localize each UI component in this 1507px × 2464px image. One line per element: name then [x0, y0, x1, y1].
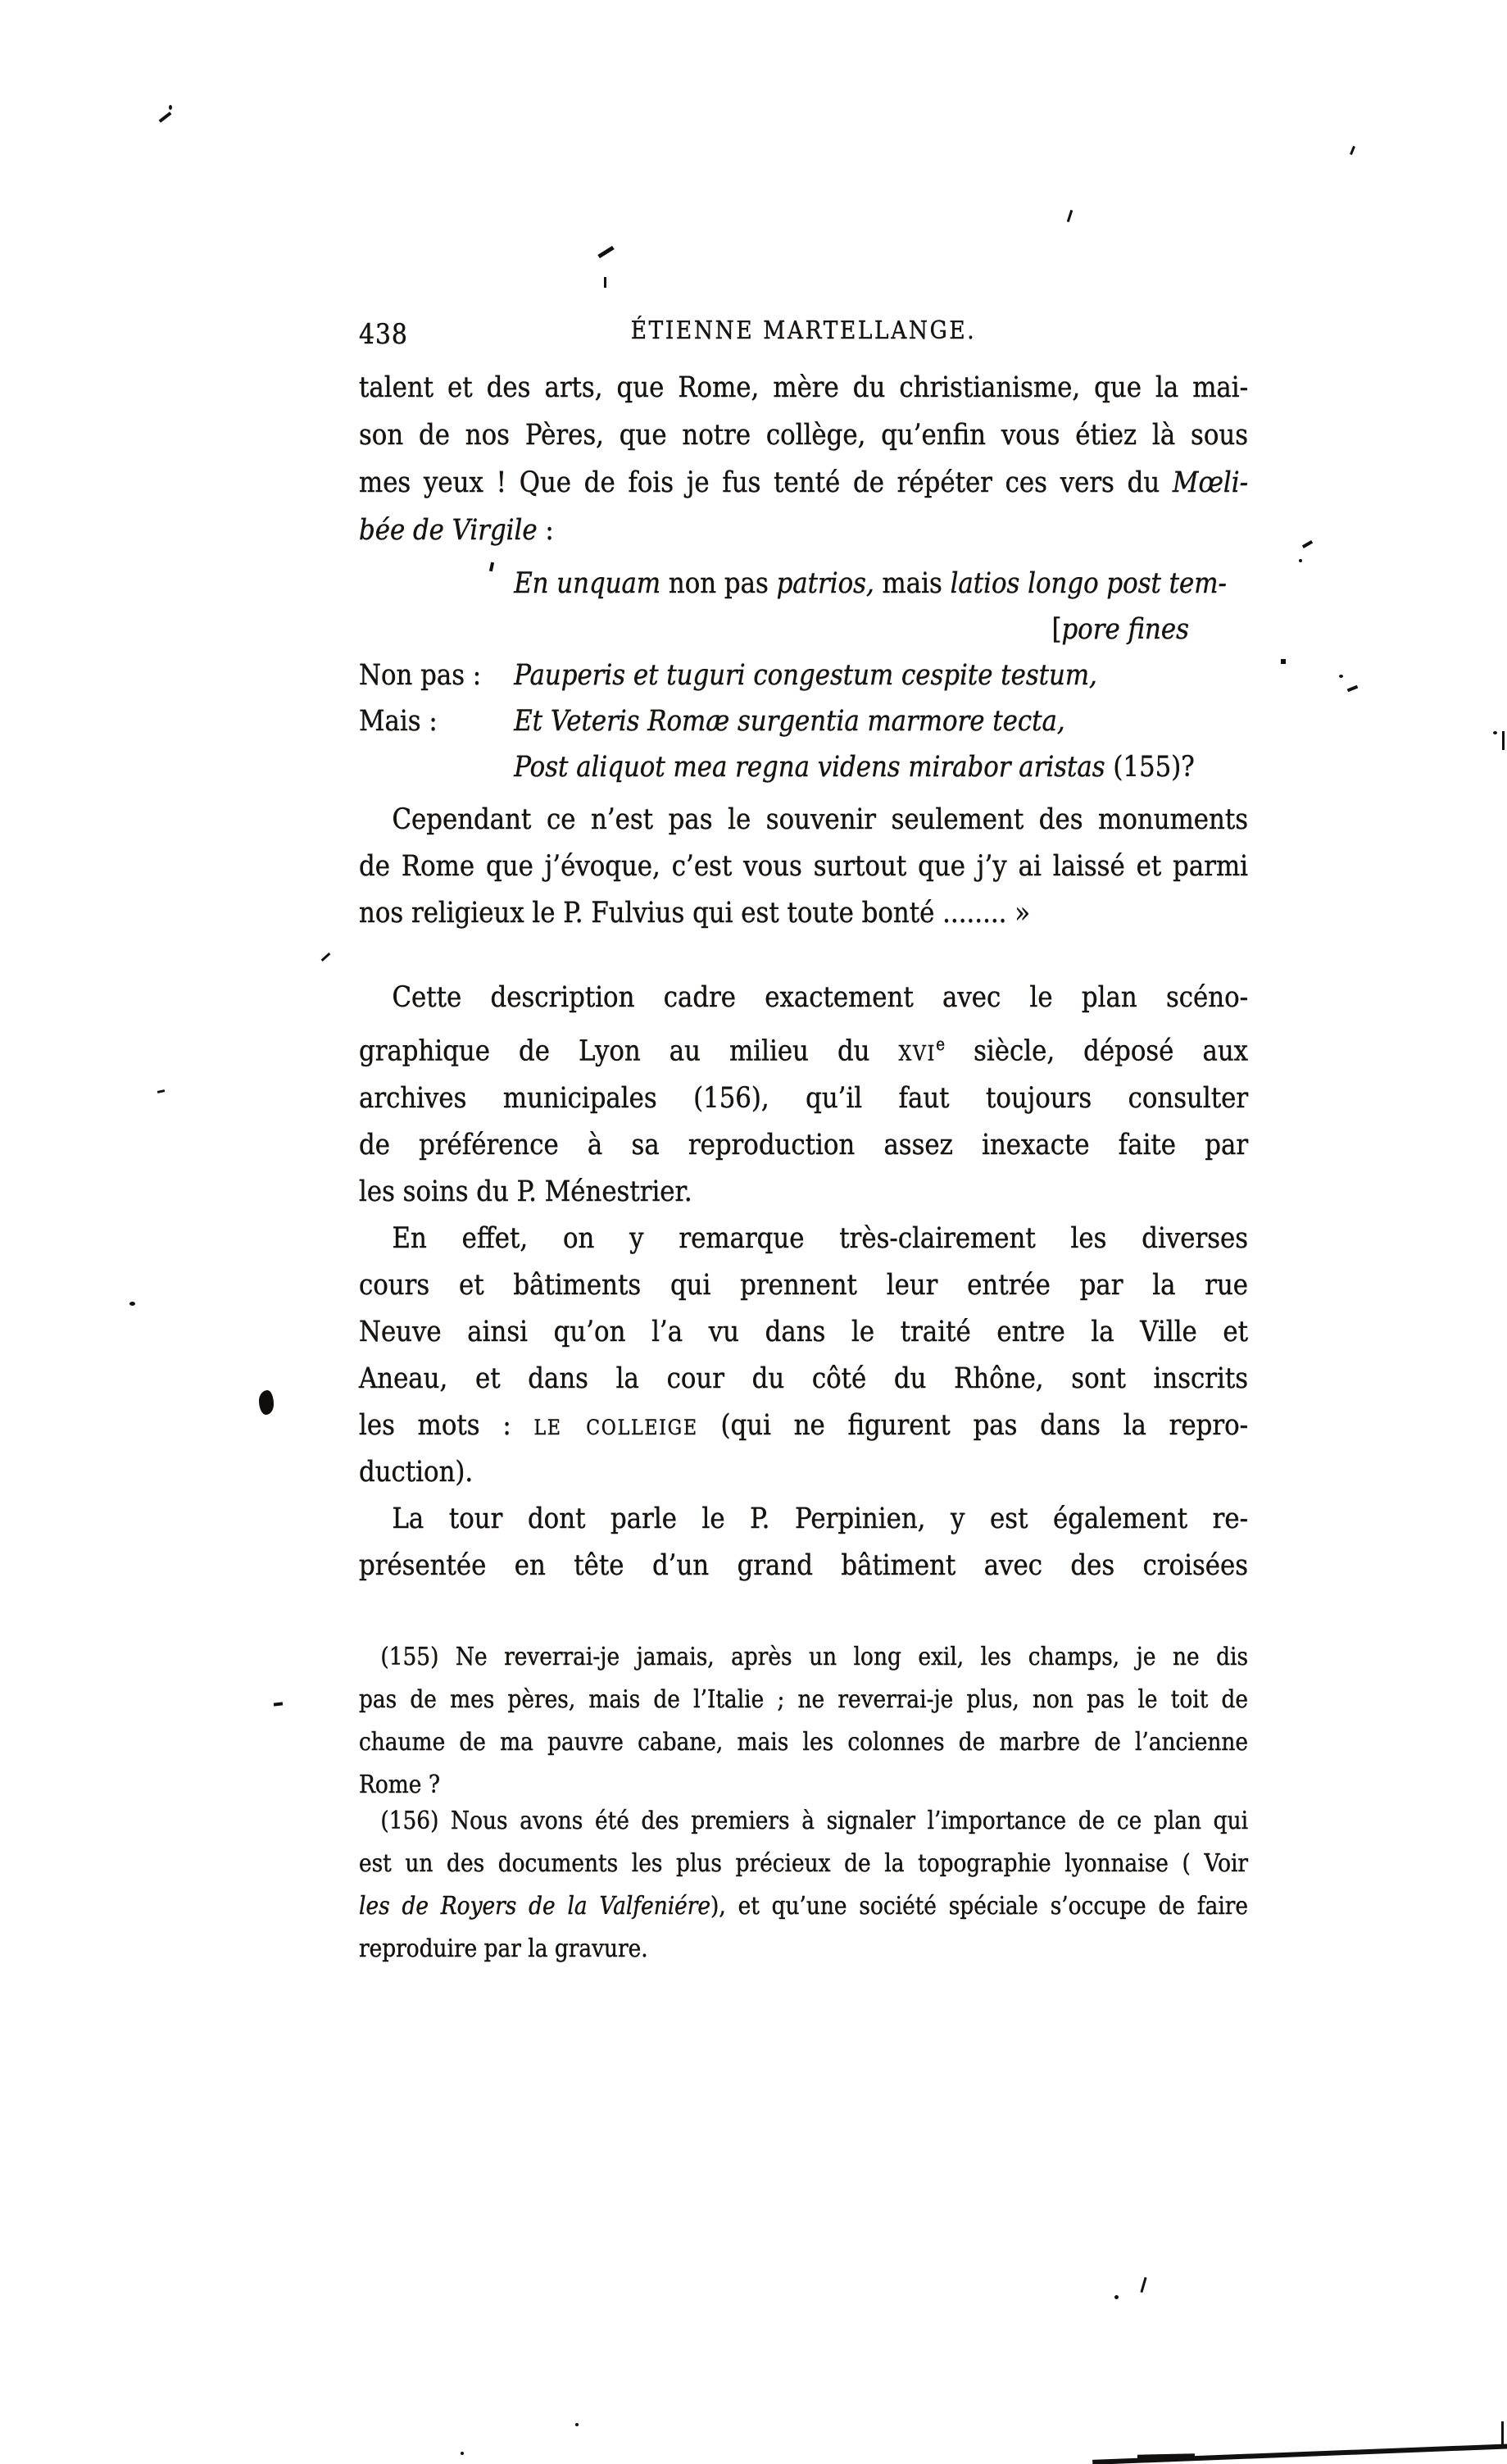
text-line: (156) Nous avons été des premiers à sign… [359, 1800, 1248, 1843]
text-segment: pore fines [1061, 613, 1188, 646]
text-segment: nos religieux le P. Fulvius qui est tout… [359, 897, 1030, 930]
ink-speck [1281, 659, 1286, 664]
ink-speck [157, 1089, 165, 1093]
text-line: son de nos Pères, que notre collège, qu’… [359, 411, 1248, 459]
text-line: Neuve ainsi qu’on l’a vu dans le traité … [359, 1309, 1248, 1356]
text-segment: Cette description cadre exactement avec … [392, 981, 1248, 1014]
text-segment: (qui ne figurent pas dans la repro- [698, 1409, 1248, 1442]
text-line: Aneau, et dans la cour du côté du Rhône,… [359, 1356, 1248, 1402]
text-line: Cependant ce n’est pas le souvenir seule… [359, 797, 1248, 843]
paragraph-en-effet: En effet, on y remarque très-clairement … [359, 1216, 1248, 1496]
text-line: talent et des arts, que Rome, mère du ch… [359, 364, 1248, 411]
text-segment: cours et bâtiments qui prennent leur ent… [359, 1269, 1248, 1302]
text-segment: Aneau, et dans la cour du côté du Rhône,… [359, 1362, 1248, 1395]
ink-speck [1302, 540, 1313, 548]
text-line: graphique de Lyon au milieu du xvie sièc… [359, 1021, 1248, 1075]
text-line: (155) Ne reverrai-je jamais, après un lo… [359, 1636, 1248, 1679]
scan-edge-line [1501, 2421, 1504, 2444]
text-line: archives municipales (156), qu’il faut t… [359, 1075, 1248, 1122]
verse-line: Mais :Et Veteris Romæ surgentia marmore … [359, 698, 1248, 744]
text-segment: (156) Nous avons été des premiers à sign… [380, 1807, 1248, 1835]
text-segment: mes yeux ! Que de fois je fus tenté de r… [359, 466, 1173, 499]
text-segment: (155)? [1105, 751, 1195, 784]
text-segment: e [936, 1034, 945, 1054]
text-segment: mais [874, 567, 951, 600]
ink-speck [1114, 2295, 1119, 2299]
verse-label: Mais : [359, 698, 514, 744]
page-number: 438 [359, 318, 408, 351]
text-line: pas de mes pères, mais de l’Italie ; ne … [359, 1679, 1248, 1721]
text-segment: patrios, [777, 567, 874, 600]
text-line: mes yeux ! Que de fois je fus tenté de r… [359, 459, 1248, 507]
ink-speck [159, 111, 172, 123]
ink-speck [461, 2452, 464, 2455]
text-segment: les de Royers de la Valfeniére [359, 1892, 710, 1921]
text-line: présentée en tête d’un grand bâtiment av… [359, 1543, 1248, 1589]
text-line: est un des documents les plus précieux d… [359, 1843, 1248, 1885]
text-segment: archives municipales (156), qu’il faut t… [359, 1082, 1248, 1115]
text-segment: En unquam [514, 567, 660, 600]
running-title: ÉTIENNE MARTELLANGE. [359, 316, 1248, 345]
ink-speck [321, 952, 331, 962]
text-segment: non pas [660, 567, 776, 600]
paragraph-opening: talent et des arts, que Rome, mère du ch… [359, 364, 1248, 554]
footnote-156: (156) Nous avons été des premiers à sign… [359, 1800, 1248, 1971]
text-segment: talent et des arts, que Rome, mère du ch… [359, 371, 1248, 404]
text-segment: siècle, déposé aux [945, 1035, 1248, 1068]
text-segment: : [538, 514, 554, 547]
text-segment: pas de mes pères, mais de l’Italie ; ne … [359, 1685, 1248, 1714]
text-segment: présentée en tête d’un grand bâtiment av… [359, 1549, 1248, 1582]
verse-line: Post aliquot mea regna videns mirabor ar… [359, 744, 1248, 790]
text-segment: [ [1051, 613, 1061, 646]
text-line: En effet, on y remarque très-clairement … [359, 1216, 1248, 1262]
text-segment: de Rome que j’évoque, c’est vous surtout… [359, 850, 1248, 883]
ink-speck [1502, 731, 1505, 750]
text-segment: chaume de ma pauvre cabane, mais les col… [359, 1728, 1248, 1757]
scanned-book-page: 438 ÉTIENNE MARTELLANGE. talent et des a… [0, 0, 1507, 2464]
text-segment: xvi [899, 1035, 937, 1068]
text-segment: Et Veteris Romæ surgentia marmore tecta, [514, 705, 1064, 738]
verse-continuation-line: [pore fines [359, 607, 1248, 652]
text-segment: Rome ? [359, 1771, 440, 1799]
text-segment: ), et qu’une société spéciale s’occupe d… [710, 1892, 1248, 1921]
verse-label: Non pas : [359, 652, 514, 698]
text-line: les soins du P. Ménestrier. [359, 1169, 1248, 1216]
paragraph-la-tour: La tour dont parle le P. Perpinien, y es… [359, 1496, 1248, 1589]
ink-speck [1347, 685, 1359, 693]
paragraphs-main: Cette description cadre exactement avec … [359, 975, 1248, 1589]
ink-speck [1493, 731, 1497, 734]
text-line: Cette description cadre exactement avec … [359, 975, 1248, 1021]
text-segment: bée de Virgile [359, 514, 538, 547]
text-line: de Rome que j’évoque, c’est vous surtout… [359, 843, 1248, 890]
text-segment: graphique de Lyon au milieu du [359, 1035, 899, 1068]
text-line: de préférence à sa reproduction assez in… [359, 1122, 1248, 1169]
text-segment: (155) Ne reverrai-je jamais, après un lo… [380, 1643, 1248, 1671]
text-line: La tour dont parle le P. Perpinien, y es… [359, 1496, 1248, 1543]
text-line: duction). [359, 1449, 1248, 1496]
text-segment: latios longo post tem- [951, 567, 1227, 600]
ink-speck [274, 1702, 283, 1706]
ink-speck [604, 277, 606, 288]
ink-speck [575, 2423, 579, 2426]
text-segment: de préférence à sa reproduction assez in… [359, 1129, 1248, 1162]
ink-speck [1299, 559, 1302, 562]
text-line: bée de Virgile : [359, 507, 1248, 554]
text-column: 438 ÉTIENNE MARTELLANGE. talent et des a… [359, 0, 1248, 2464]
text-segment: le colleige [533, 1409, 697, 1442]
verse-block: En unquam non pas patrios, mais latios l… [359, 561, 1248, 790]
ink-speck [1339, 675, 1343, 678]
text-line: chaume de ma pauvre cabane, mais les col… [359, 1721, 1248, 1764]
text-line: nos religieux le P. Fulvius qui est tout… [359, 890, 1248, 937]
ink-speck [1350, 146, 1355, 155]
text-segment: Neuve ainsi qu’on l’a vu dans le traité … [359, 1316, 1248, 1348]
text-segment: Mœli- [1173, 466, 1248, 499]
page-header: 438 ÉTIENNE MARTELLANGE. [359, 316, 1248, 354]
text-segment: les soins du P. Ménestrier. [359, 1175, 692, 1208]
text-segment: reproduire par la gravure. [359, 1934, 648, 1963]
verse-line: Non pas :Pauperis et tuguri congestum ce… [359, 652, 1248, 698]
footnote-155: (155) Ne reverrai-je jamais, après un lo… [359, 1636, 1248, 1807]
text-line: reproduire par la gravure. [359, 1928, 1248, 1971]
paragraph-cette-description: Cette description cadre exactement avec … [359, 975, 1248, 1216]
text-segment: En effet, on y remarque très-clairement … [392, 1222, 1248, 1255]
ink-blob [259, 1390, 274, 1415]
text-segment: les mots : [359, 1409, 533, 1442]
text-segment: Cependant ce n’est pas le souvenir seule… [392, 803, 1248, 836]
text-segment: Pauperis et tuguri congestum cespite tes… [514, 659, 1097, 692]
text-line: les de Royers de la Valfeniére), et qu’u… [359, 1885, 1248, 1928]
ink-speck [129, 1302, 135, 1306]
ink-speck [169, 105, 172, 110]
text-segment: est un des documents les plus précieux d… [359, 1849, 1248, 1878]
text-segment: son de nos Pères, que notre collège, qu’… [359, 419, 1248, 452]
text-line: cours et bâtiments qui prennent leur ent… [359, 1262, 1248, 1309]
text-line: les mots : le colleige (qui ne figurent … [359, 1402, 1248, 1449]
text-segment: Post aliquot mea regna videns mirabor ar… [514, 751, 1105, 784]
text-segment: La tour dont parle le P. Perpinien, y es… [392, 1502, 1248, 1535]
scan-edge-line [1137, 2453, 1195, 2461]
paragraph-cependant: Cependant ce n’est pas le souvenir seule… [359, 797, 1248, 937]
text-segment: duction). [359, 1456, 473, 1489]
